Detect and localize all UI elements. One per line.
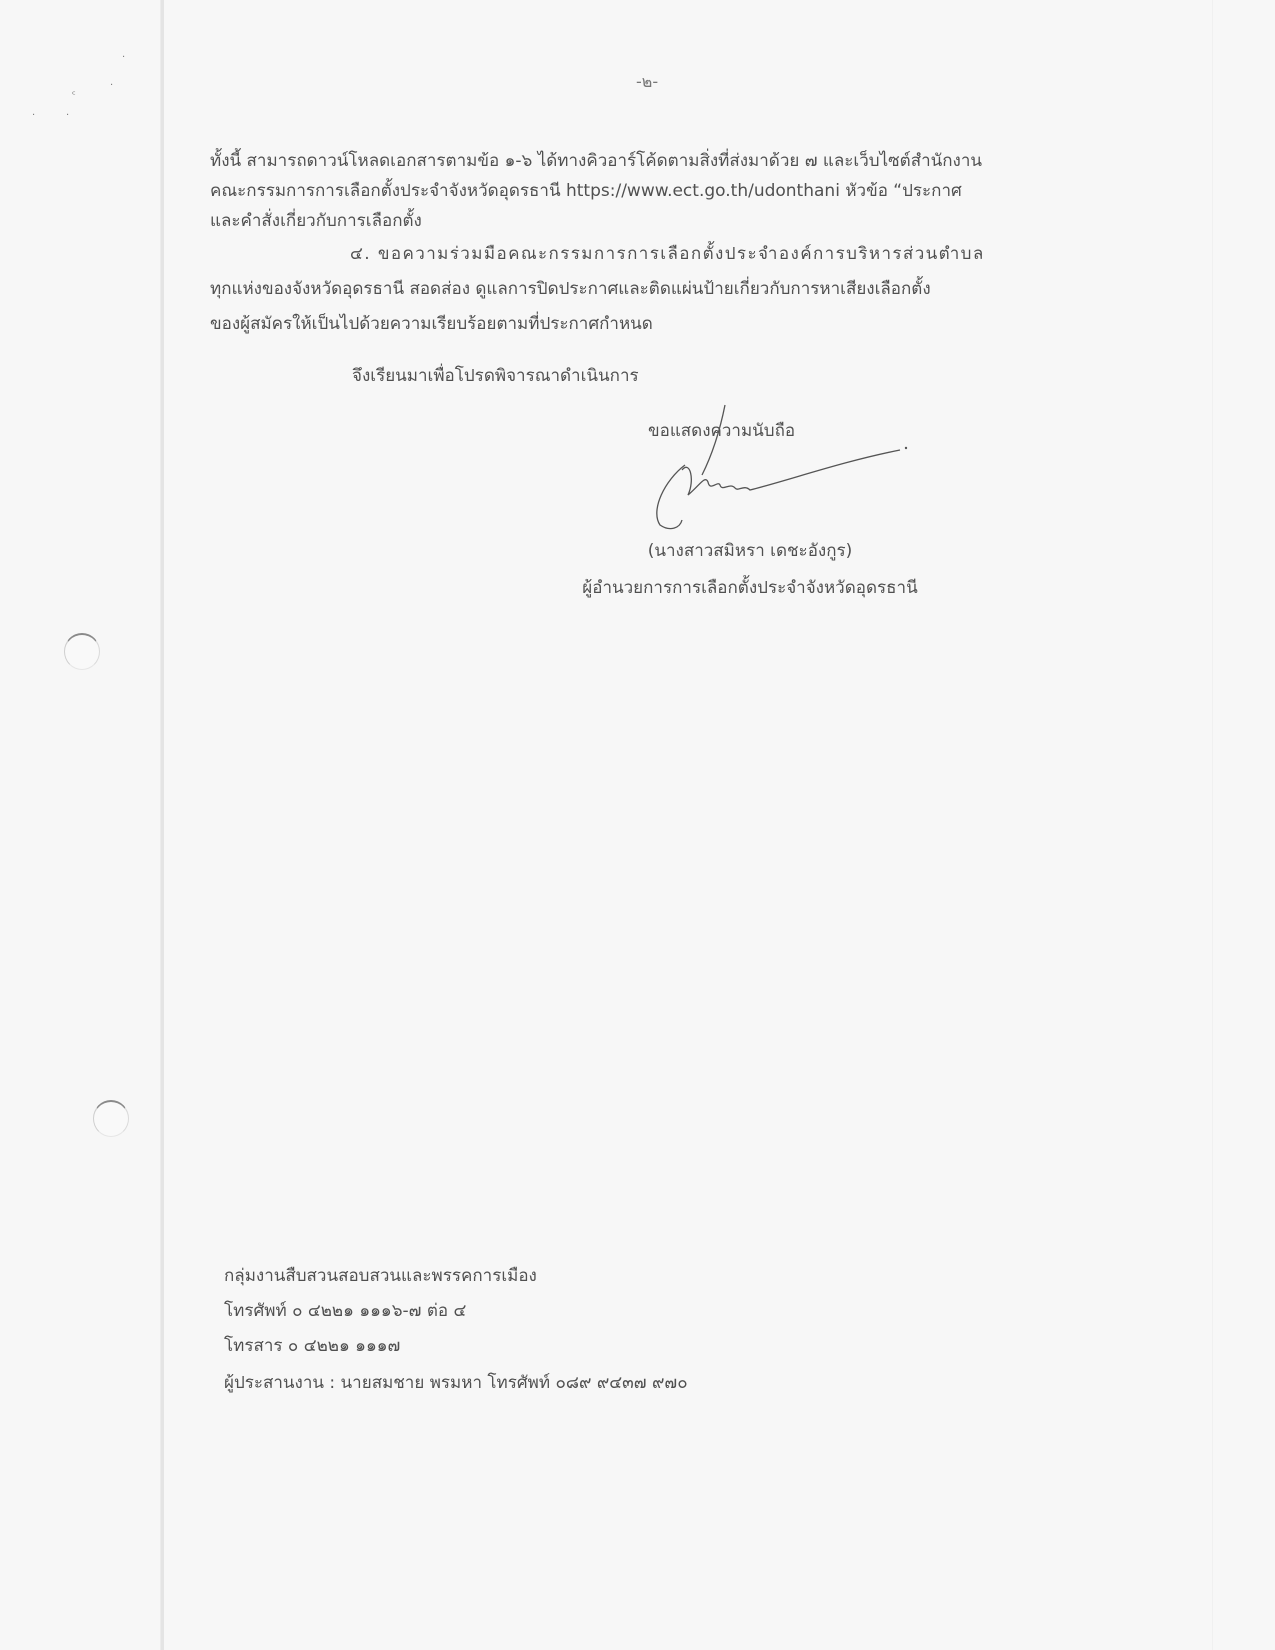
scan-speck: · bbox=[122, 52, 125, 63]
footer-department: กลุ่มงานสืบสวนสอบสวนและพรรคการเมือง bbox=[224, 1265, 537, 1287]
paragraph-2-line-3: ของผู้สมัครให้เป็นไปด้วยความเรียบร้อยตาม… bbox=[210, 313, 653, 335]
binding-margin-line bbox=[160, 0, 164, 1650]
signatory-name: (นางสาวสมิหรา เดชะอังกูร) bbox=[560, 540, 940, 562]
punch-hole-top bbox=[64, 633, 100, 670]
footer-phone: โทรศัพท์ ๐ ๔๒๒๑ ๑๑๑๖-๗ ต่อ ๔ bbox=[224, 1300, 466, 1322]
page-number: -๒- bbox=[636, 70, 658, 95]
footer-coordinator: ผู้ประสานงาน : นายสมชาย พรมหา โทรศัพท์ ๐… bbox=[224, 1372, 688, 1394]
scan-speck: ᶜ bbox=[72, 90, 76, 101]
punch-hole-bottom bbox=[93, 1100, 129, 1137]
signature-image bbox=[640, 400, 920, 530]
footer-fax: โทรสาร ๐ ๔๒๒๑ ๑๑๑๗ bbox=[224, 1335, 400, 1357]
scan-edge-line bbox=[1212, 0, 1213, 1650]
paragraph-1-line-1: ทั้งนี้ สามารถดาวน์โหลดเอกสารตามข้อ ๑-๖ … bbox=[210, 150, 982, 172]
paragraph-1-line-3: และคำสั่งเกี่ยวกับการเลือกตั้ง bbox=[210, 210, 422, 232]
scan-speck: · bbox=[32, 110, 35, 121]
paragraph-2-line-2: ทุกแห่งของจังหวัดอุดรธานี สอดส่อง ดูแลกา… bbox=[210, 278, 931, 300]
signatory-title: ผู้อำนวยการการเลือกตั้งประจำจังหวัดอุดรธ… bbox=[520, 577, 980, 599]
paragraph-1-line-2: คณะกรรมการการเลือกตั้งประจำจังหวัดอุดรธา… bbox=[210, 180, 962, 202]
scan-speck: · bbox=[110, 80, 113, 91]
paragraph-2-line-1: ๔. ขอความร่วมมือคณะกรรมการการเลือกตั้งปร… bbox=[350, 243, 985, 265]
closing-request: จึงเรียนมาเพื่อโปรดพิจารณาดำเนินการ bbox=[352, 365, 639, 387]
scan-speck: · bbox=[66, 110, 69, 121]
